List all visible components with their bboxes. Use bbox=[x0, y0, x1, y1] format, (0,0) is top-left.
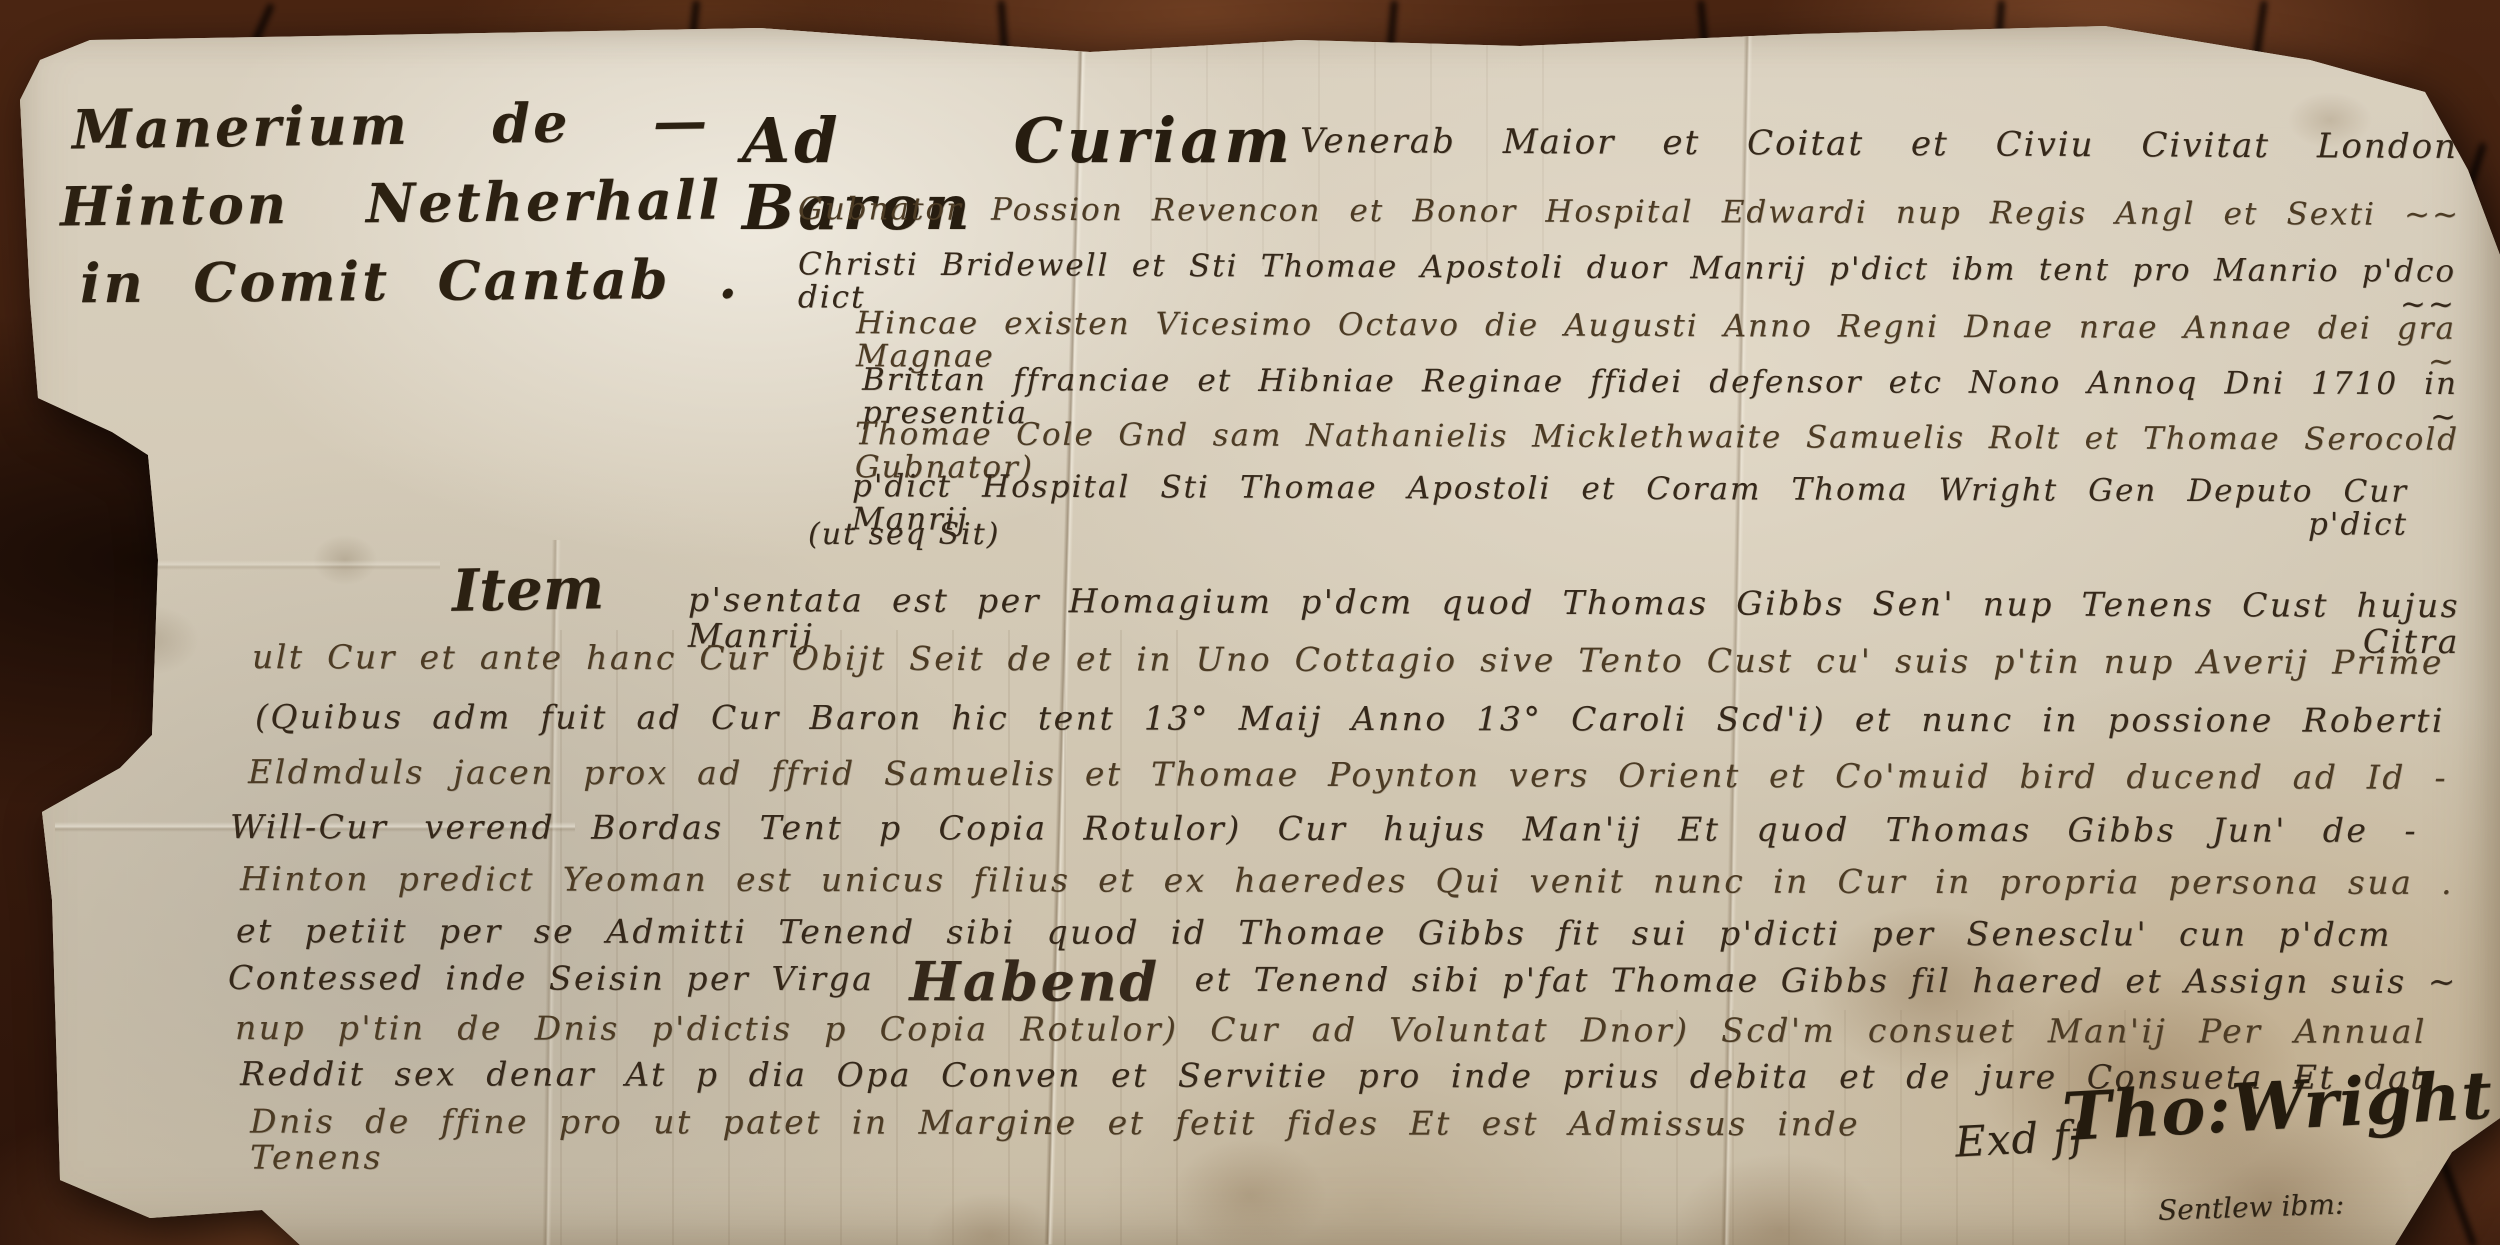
manuscript-line: Venerab Maior et Coitat et Civiu Civitat… bbox=[1300, 123, 2458, 166]
manuscript-line: et petiit per se Admitti Tenend sibi quo… bbox=[236, 913, 2392, 952]
habendum-text-after: et Tenend sibi p'fat Thomae Gibbs fil ha… bbox=[1195, 960, 2458, 1001]
parchment-document: Manerium de — Hinton Netherhall in Comit… bbox=[0, 0, 2500, 1245]
manuscript-line: nup p'tin de Dnis p'dictis p Copia Rotul… bbox=[235, 1010, 2427, 1049]
margin-heading-line: Manerium de — bbox=[72, 92, 711, 159]
leather-background: Manerium de — Hinton Netherhall in Comit… bbox=[0, 0, 2500, 1245]
manuscript-parenthetical: (ut seq Sit) bbox=[808, 519, 1108, 551]
horizontal-crease bbox=[60, 560, 440, 570]
manuscript-line: (Quibus adm fuit ad Cur Baron hic tent 1… bbox=[255, 699, 2445, 738]
habendum-text-before: Contessed inde Seisin per Virga bbox=[228, 958, 874, 998]
parchment-sheet: Manerium de — Hinton Netherhall in Comit… bbox=[0, 0, 2500, 1245]
manuscript-line: Will-Cur verend Bordas Tent p Copia Rotu… bbox=[230, 809, 2418, 848]
margin-heading-line: Hinton Netherhall bbox=[60, 171, 723, 236]
manuscript-line: ult Cur et ante hanc Cur Obijt Seit de e… bbox=[252, 639, 2444, 680]
item-word: Item bbox=[451, 556, 662, 622]
manuscript-line-habendum: Contessed inde Seisin per Virga Habend e… bbox=[228, 960, 2458, 1000]
margin-heading-line: in Comit Cantab . bbox=[80, 250, 740, 313]
manuscript-line: Dnis de ffine pro ut patet in Margine et… bbox=[250, 1104, 1860, 1178]
manuscript-line: Gubnator Possion Revencon et Bonor Hospi… bbox=[798, 193, 2460, 232]
habendum-large-word: Habend bbox=[909, 949, 1159, 1013]
manuscript-line: Hinton predict Yeoman est unicus filius … bbox=[240, 861, 2454, 900]
manuscript-line: Eldmduls jacen prox ad ffrid Samuelis et… bbox=[248, 754, 2448, 795]
